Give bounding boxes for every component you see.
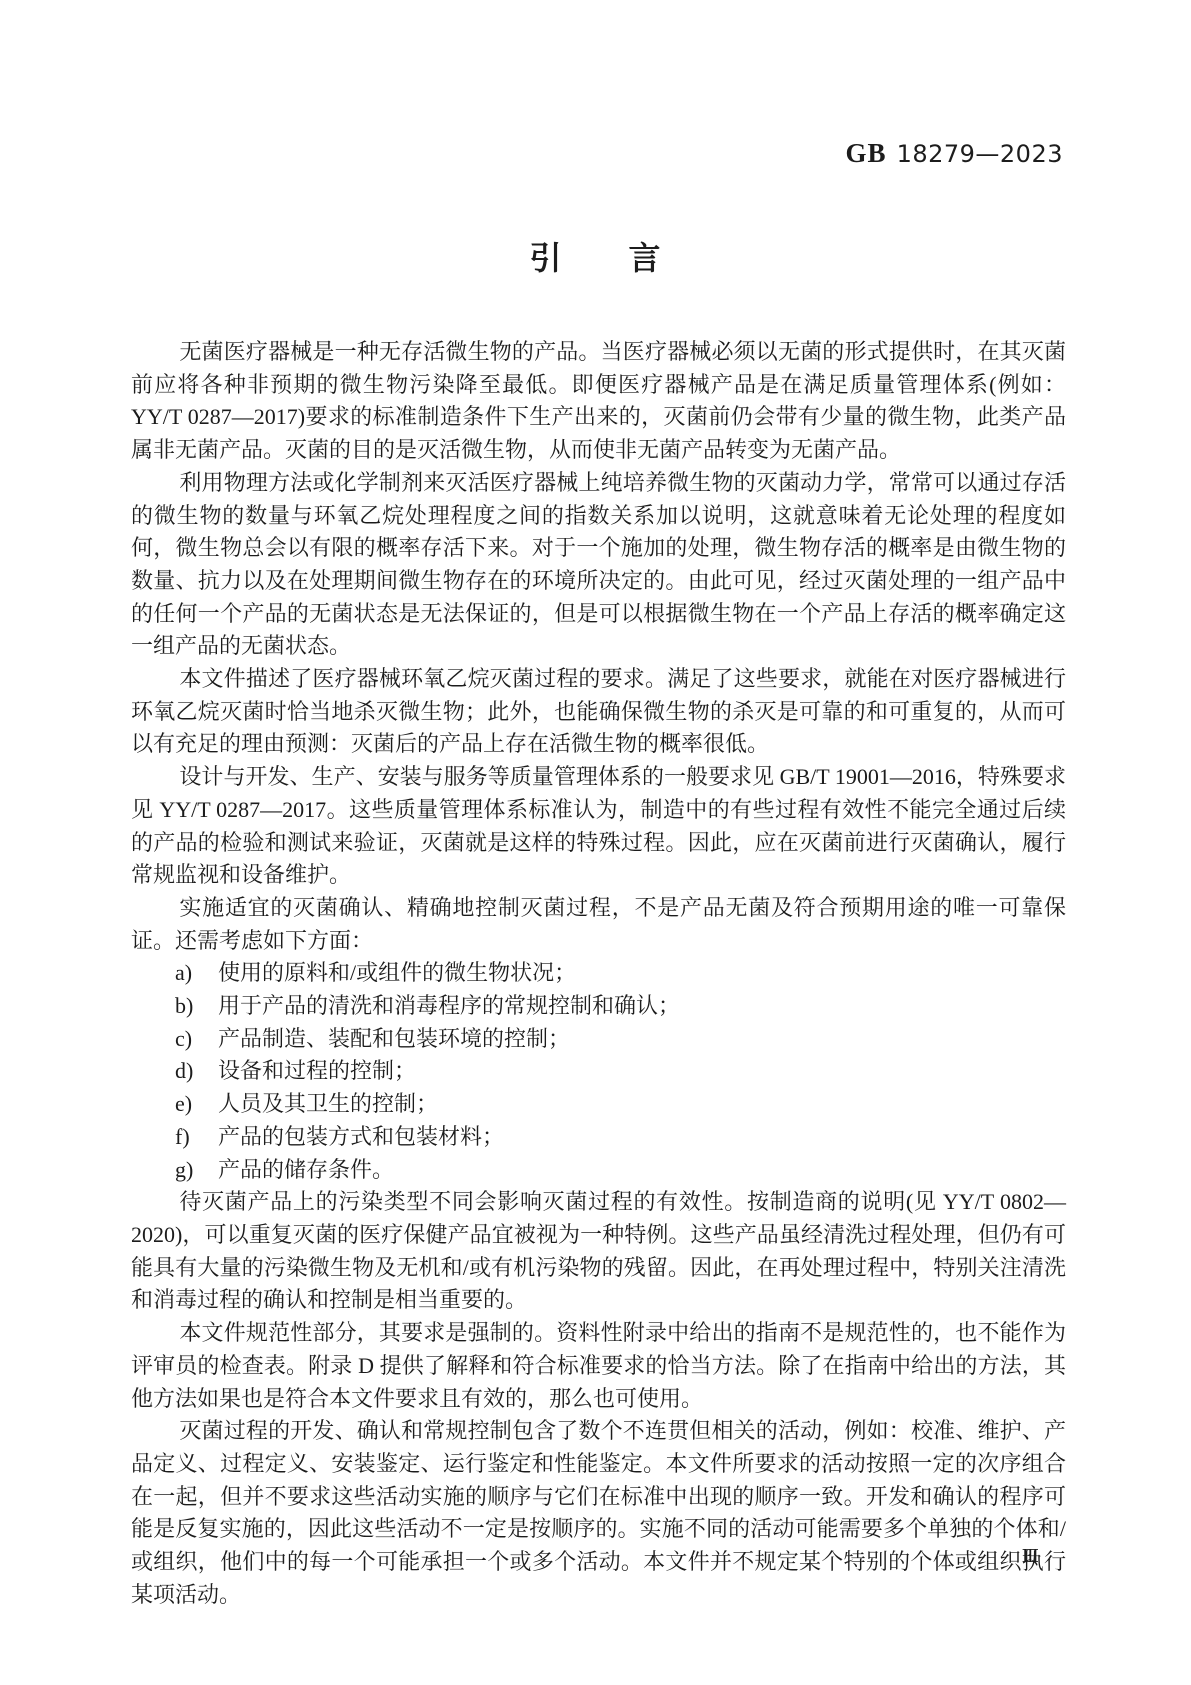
list-item-f: f)产品的包装方式和包装材料； — [175, 1121, 1066, 1154]
list-item-text: 产品制造、装配和包装环境的控制； — [218, 1026, 570, 1051]
standard-code-number: 18279—2023 — [897, 140, 1063, 168]
standard-code: GB18279—2023 — [846, 138, 1063, 169]
page-title: 引 言 — [0, 238, 1191, 278]
list-item-text: 产品的储存条件。 — [218, 1157, 394, 1182]
list-item-c: c)产品制造、装配和包装环境的控制； — [175, 1023, 1066, 1056]
list-item-e: e)人员及其卫生的控制； — [175, 1088, 1066, 1121]
paragraph-considerations-intro: 实施适宜的灭菌确认、精确地控制灭菌过程，不是产品无菌及符合预期用途的唯一可靠保证… — [131, 892, 1066, 957]
list-item-label: b) — [175, 990, 218, 1023]
list-item-label: d) — [175, 1055, 218, 1088]
standard-code-prefix: GB — [846, 138, 887, 168]
paragraph-document-requirements: 本文件描述了医疗器械环氧乙烷灭菌过程的要求。满足了这些要求，就能在对医疗器械进行… — [131, 663, 1066, 761]
list-item-label: c) — [175, 1023, 218, 1056]
list-item-label: a) — [175, 957, 218, 990]
list-item-d: d)设备和过程的控制； — [175, 1055, 1066, 1088]
paragraph-sterile-devices: 无菌医疗器械是一种无存活微生物的产品。当医疗器械必须以无菌的形式提供时，在其灭菌… — [131, 336, 1066, 467]
list-item-text: 使用的原料和/或组件的微生物状况； — [218, 960, 576, 985]
paragraph-process-activities: 灭菌过程的开发、确认和常规控制包含了数个不连贯但相关的活动，例如：校准、维护、产… — [131, 1415, 1066, 1611]
list-item-text: 人员及其卫生的控制； — [218, 1091, 438, 1116]
paragraph-quality-systems: 设计与开发、生产、安装与服务等质量管理体系的一般要求见 GB/T 19001—2… — [131, 761, 1066, 892]
list-item-b: b)用于产品的清洗和消毒程序的常规控制和确认； — [175, 990, 1066, 1023]
paragraph-contamination-types: 待灭菌产品上的污染类型不同会影响灭菌过程的有效性。按制造商的说明(见 YY/T … — [131, 1186, 1066, 1317]
consideration-list: a)使用的原料和/或组件的微生物状况； b)用于产品的清洗和消毒程序的常规控制和… — [131, 957, 1066, 1186]
document-page: GB18279—2023 引 言 无菌医疗器械是一种无存活微生物的产品。当医疗器… — [0, 0, 1191, 1685]
list-item-label: f) — [175, 1121, 218, 1154]
list-item-label: e) — [175, 1088, 218, 1121]
list-item-text: 用于产品的清洗和消毒程序的常规控制和确认； — [218, 993, 680, 1018]
list-item-label: g) — [175, 1154, 218, 1187]
list-item-a: a)使用的原料和/或组件的微生物状况； — [175, 957, 1066, 990]
paragraph-normative-parts: 本文件规范性部分，其要求是强制的。资料性附录中给出的指南不是规范性的，也不能作为… — [131, 1317, 1066, 1415]
list-item-text: 设备和过程的控制； — [218, 1058, 416, 1083]
paragraph-inactivation-kinetics: 利用物理方法或化学制剂来灭活医疗器械上纯培养微生物的灭菌动力学，常常可以通过存活… — [131, 467, 1066, 663]
document-body: 无菌医疗器械是一种无存活微生物的产品。当医疗器械必须以无菌的形式提供时，在其灭菌… — [131, 336, 1066, 1611]
list-item-text: 产品的包装方式和包装材料； — [218, 1124, 504, 1149]
page-number: Ⅲ — [1022, 1546, 1039, 1567]
list-item-g: g)产品的储存条件。 — [175, 1154, 1066, 1187]
